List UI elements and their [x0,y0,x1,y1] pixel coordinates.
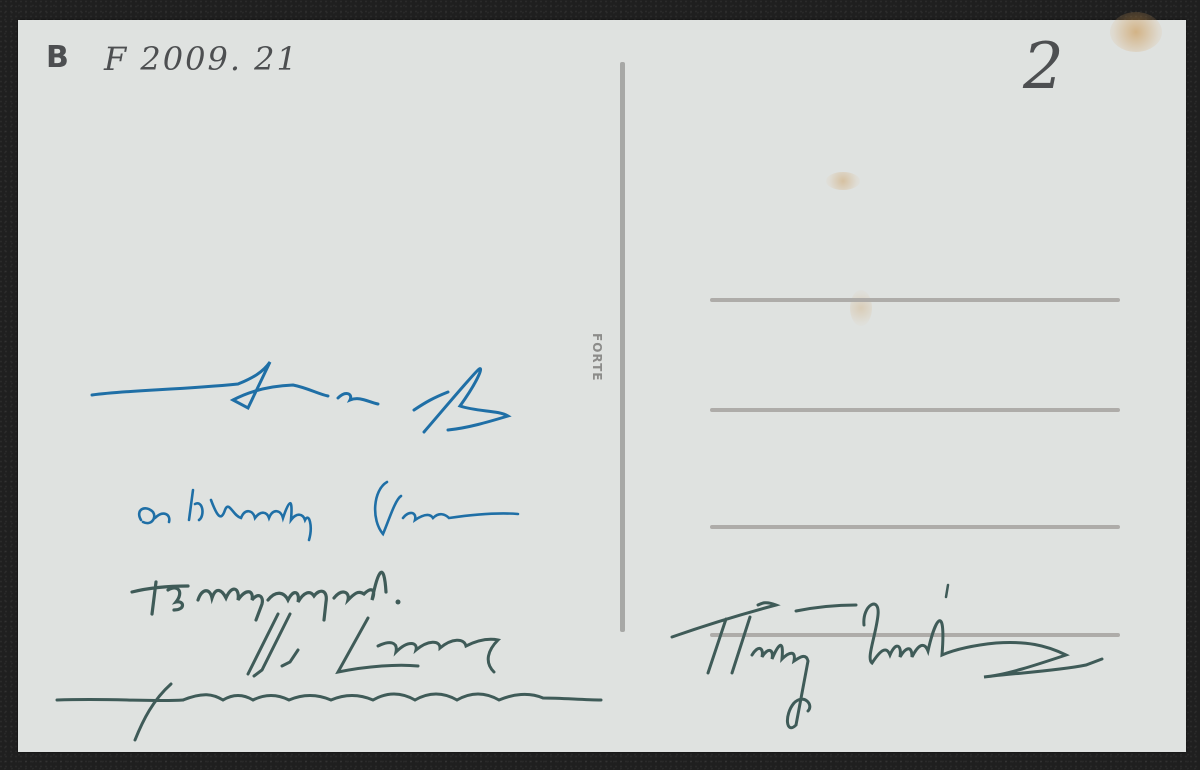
signature-6: Füleky Sándor [18,20,19,21]
stain-center-right [826,172,860,190]
stain-top-right [1110,12,1162,52]
signature-6-strokes [666,575,1126,745]
signature-4: Kálmán ... [18,20,19,21]
signature-5: Fáramon ... [18,20,19,21]
signature-1: Sinkó Ferenc [18,20,19,21]
address-line-2 [710,408,1120,412]
postcard-back: B F 2009. 21 2 FORTE Sinkó Ferenc dr Ura… [18,20,1186,752]
signature-3: Bozsóny Árpád [18,20,19,21]
archive-letter: B [46,40,69,75]
page-number: 2 [1023,30,1064,104]
address-line-1 [710,298,1120,302]
signature-3-strokes [128,530,548,620]
stain-near-line [850,290,872,326]
divider-line [620,62,625,632]
signature-2: dr Uraudy Lóránt [18,20,19,21]
address-line-3 [710,525,1120,529]
inventory-number: F 2009. 21 [104,40,299,78]
publisher-mark: FORTE [590,330,604,384]
signature-5-strokes [53,670,613,750]
